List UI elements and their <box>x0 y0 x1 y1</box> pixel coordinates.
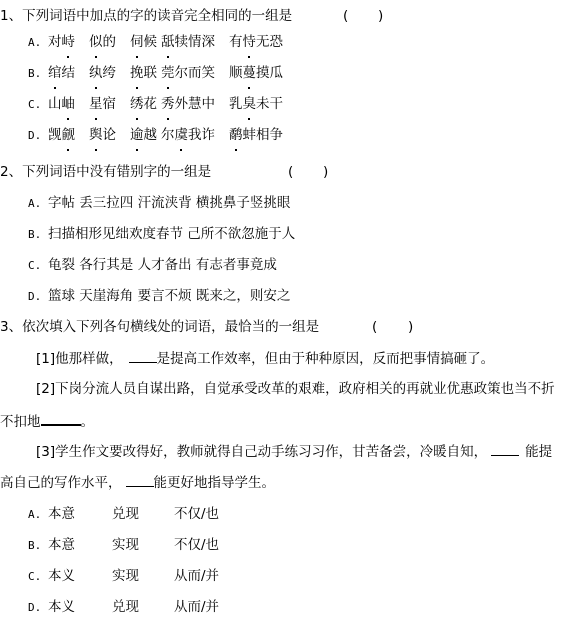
emphasized-char: 莞 <box>161 63 175 83</box>
char: 瓜 <box>270 63 284 83</box>
option-letter: D. <box>28 287 48 307</box>
q2-answer-paren-close: ) <box>323 162 328 182</box>
char: 相 <box>256 125 270 145</box>
emphasized-char: 舆 <box>89 125 103 145</box>
option-word: 有恃无恐 <box>229 32 283 52</box>
option-letter: A. <box>28 33 48 53</box>
option-text: 扫描相形见绌欢度春节 己所不欲忽施于人 <box>48 226 295 242</box>
option-letter: B. <box>28 225 48 245</box>
emphasized-char: 峙 <box>62 32 76 52</box>
emphasized-char: 觎 <box>62 125 76 145</box>
option-col-2: 兑现 <box>112 504 174 524</box>
char: 乳 <box>229 94 243 114</box>
char: 犊 <box>175 32 189 52</box>
option-word: 对峙 <box>48 32 75 52</box>
fill-blank-1 <box>129 348 157 363</box>
option-col-1: 本义 <box>48 597 112 617</box>
option-col-2: 实现 <box>112 566 174 586</box>
option-col-1: 本意 <box>48 535 112 555</box>
q3-option-a: A.本意兑现不仅/也 <box>28 504 219 524</box>
emphasized-char: 伺 <box>130 32 144 52</box>
option-letter: C. <box>28 567 48 587</box>
char: 我 <box>188 125 202 145</box>
emphasized-char: 绾 <box>48 63 62 83</box>
option-letter: A. <box>28 505 48 525</box>
char: 宿 <box>103 94 117 114</box>
char: 觊 <box>48 125 62 145</box>
char: 结 <box>62 63 76 83</box>
option-word: 尔虞我诈 <box>161 125 215 145</box>
question-1-title: 1、下列词语中加点的字的读音完全相同的一组是 <box>0 6 292 26</box>
option-word: 绣花 <box>130 94 157 114</box>
option-col-3: 不仅/也 <box>174 504 219 524</box>
q2-option-a: A.字帖 丢三拉四 汗流浃背 横挑鼻子竖挑眼 <box>28 193 290 213</box>
option-letter: C. <box>28 95 48 115</box>
option-col-2: 实现 <box>112 535 174 555</box>
emphasized-char: 鹬 <box>229 125 243 145</box>
char: 无 <box>256 32 270 52</box>
emphasized-char: 恃 <box>243 32 257 52</box>
char: 深 <box>202 32 216 52</box>
option-word: 纨绔 <box>89 63 116 83</box>
option-word: 绾结 <box>48 63 75 83</box>
q1-option-a: A.对峙似的伺候舐犊情深有恃无恐 <box>28 32 297 52</box>
option-word: 秀外慧中 <box>161 94 215 114</box>
emphasized-char: 似 <box>89 32 103 52</box>
q3-sentence-2: [2]下岗分流人员自谋出路，自觉承受改革的艰难，政府相关的再就业优惠政策也当不折 <box>36 379 555 399</box>
question-2-title: 2、下列词语中没有错别字的一组是 <box>0 162 211 182</box>
q3-sentence-2-cont: 不扣地。 <box>0 410 94 430</box>
fill-blank-3b <box>126 472 154 487</box>
char: 候 <box>144 32 158 52</box>
char: 对 <box>48 32 62 52</box>
q3-option-c: C.本义实现从而/并 <box>28 566 219 586</box>
q1-option-d: D.觊觎舆论逾越尔虞我诈鹬蚌相争 <box>28 125 297 145</box>
question-3-title: 3、依次填入下列各句横线处的词语，最恰当的一组是 <box>0 317 319 337</box>
char: 联 <box>144 63 158 83</box>
option-col-2: 兑现 <box>112 597 174 617</box>
char: 笑 <box>202 63 216 83</box>
emphasized-char: 绣 <box>130 94 144 114</box>
q1-answer-paren-close: ) <box>378 6 383 26</box>
q2-option-b: B.扫描相形见绌欢度春节 己所不欲忽施于人 <box>28 224 295 244</box>
emphasized-char: 蔓 <box>243 63 257 83</box>
char: 蚌 <box>243 125 257 145</box>
char: 的 <box>103 32 117 52</box>
char: 未 <box>256 94 270 114</box>
option-word: 鹬蚌相争 <box>229 125 283 145</box>
emphasized-char: 岫 <box>62 94 76 114</box>
q3-sentence-1: [1]他那样做，是提高工作效率，但由于种种原因，反而把事情搞砸了。 <box>36 348 494 368</box>
option-letter: B. <box>28 536 48 556</box>
char: 论 <box>103 125 117 145</box>
char: 尔 <box>175 63 189 83</box>
emphasized-char: 挽 <box>130 63 144 83</box>
option-letter: B. <box>28 64 48 84</box>
char: 慧 <box>188 94 202 114</box>
q3-answer-paren-open: ( <box>372 317 377 337</box>
option-word: 莞尔而笑 <box>161 63 215 83</box>
q1-option-b: B.绾结纨绔挽联莞尔而笑顺蔓摸瓜 <box>28 63 297 83</box>
char: 顺 <box>229 63 243 83</box>
char: 山 <box>48 94 62 114</box>
q1-answer-paren-open: ( <box>343 6 348 26</box>
char: 绔 <box>103 63 117 83</box>
q3-sentence-3: [3]学生作文要改得好，教师就得自己动手练习习作，甘苦备尝，冷暖自知，能提 <box>36 441 552 461</box>
char: 争 <box>270 125 284 145</box>
option-text: 篮球 天崖海角 要言不烦 既来之，则安之 <box>48 288 290 304</box>
option-word: 似的 <box>89 32 116 52</box>
emphasized-char: 纨 <box>89 63 103 83</box>
option-word: 星宿 <box>89 94 116 114</box>
option-col-3: 从而/并 <box>174 597 219 617</box>
char: 中 <box>202 94 216 114</box>
q3-answer-paren-close: ) <box>408 317 413 337</box>
q2-option-c: C.龟裂 各行其是 人才备出 有志者事竟成 <box>28 255 277 275</box>
option-col-1: 本义 <box>48 566 112 586</box>
option-word: 伺候 <box>130 32 157 52</box>
char: 诈 <box>202 125 216 145</box>
emphasized-char: 虞 <box>175 125 189 145</box>
option-letter: C. <box>28 256 48 276</box>
char: 摸 <box>256 63 270 83</box>
option-letter: A. <box>28 194 48 214</box>
option-word: 挽联 <box>130 63 157 83</box>
option-word: 舆论 <box>89 125 116 145</box>
option-letter: D. <box>28 598 48 618</box>
option-col-1: 本意 <box>48 504 112 524</box>
option-word: 逾越 <box>130 125 157 145</box>
q3-option-d: D.本义兑现从而/并 <box>28 597 219 617</box>
option-text: 龟裂 各行其是 人才备出 有志者事竟成 <box>48 257 277 273</box>
char: 外 <box>175 94 189 114</box>
char: 情 <box>188 32 202 52</box>
char: 尔 <box>161 125 175 145</box>
char: 越 <box>144 125 158 145</box>
q2-option-d: D.篮球 天崖海角 要言不烦 既来之，则安之 <box>28 286 290 306</box>
option-word: 乳臭未干 <box>229 94 283 114</box>
q1-option-c: C.山岫星宿绣花秀外慧中乳臭未干 <box>28 94 297 114</box>
char: 恐 <box>270 32 284 52</box>
option-col-3: 从而/并 <box>174 566 219 586</box>
q2-answer-paren-open: ( <box>288 162 293 182</box>
option-word: 顺蔓摸瓜 <box>229 63 283 83</box>
emphasized-char: 舐 <box>161 32 175 52</box>
emphasized-char: 星 <box>89 94 103 114</box>
option-word: 舐犊情深 <box>161 32 215 52</box>
option-word: 山岫 <box>48 94 75 114</box>
option-col-3: 不仅/也 <box>174 535 219 555</box>
char: 花 <box>144 94 158 114</box>
fill-blank-3a <box>491 441 519 456</box>
fill-blank-2 <box>41 410 81 426</box>
emphasized-char: 秀 <box>161 94 175 114</box>
emphasized-char: 臭 <box>243 94 257 114</box>
char: 干 <box>270 94 284 114</box>
q3-option-b: B.本意实现不仅/也 <box>28 535 219 555</box>
char: 而 <box>188 63 202 83</box>
emphasized-char: 逾 <box>130 125 144 145</box>
option-word: 觊觎 <box>48 125 75 145</box>
option-letter: D. <box>28 126 48 146</box>
q3-sentence-3-cont: 高自己的写作水平，能更好地指导学生。 <box>0 472 275 492</box>
char: 有 <box>229 32 243 52</box>
option-text: 字帖 丢三拉四 汗流浃背 横挑鼻子竖挑眼 <box>48 195 290 211</box>
